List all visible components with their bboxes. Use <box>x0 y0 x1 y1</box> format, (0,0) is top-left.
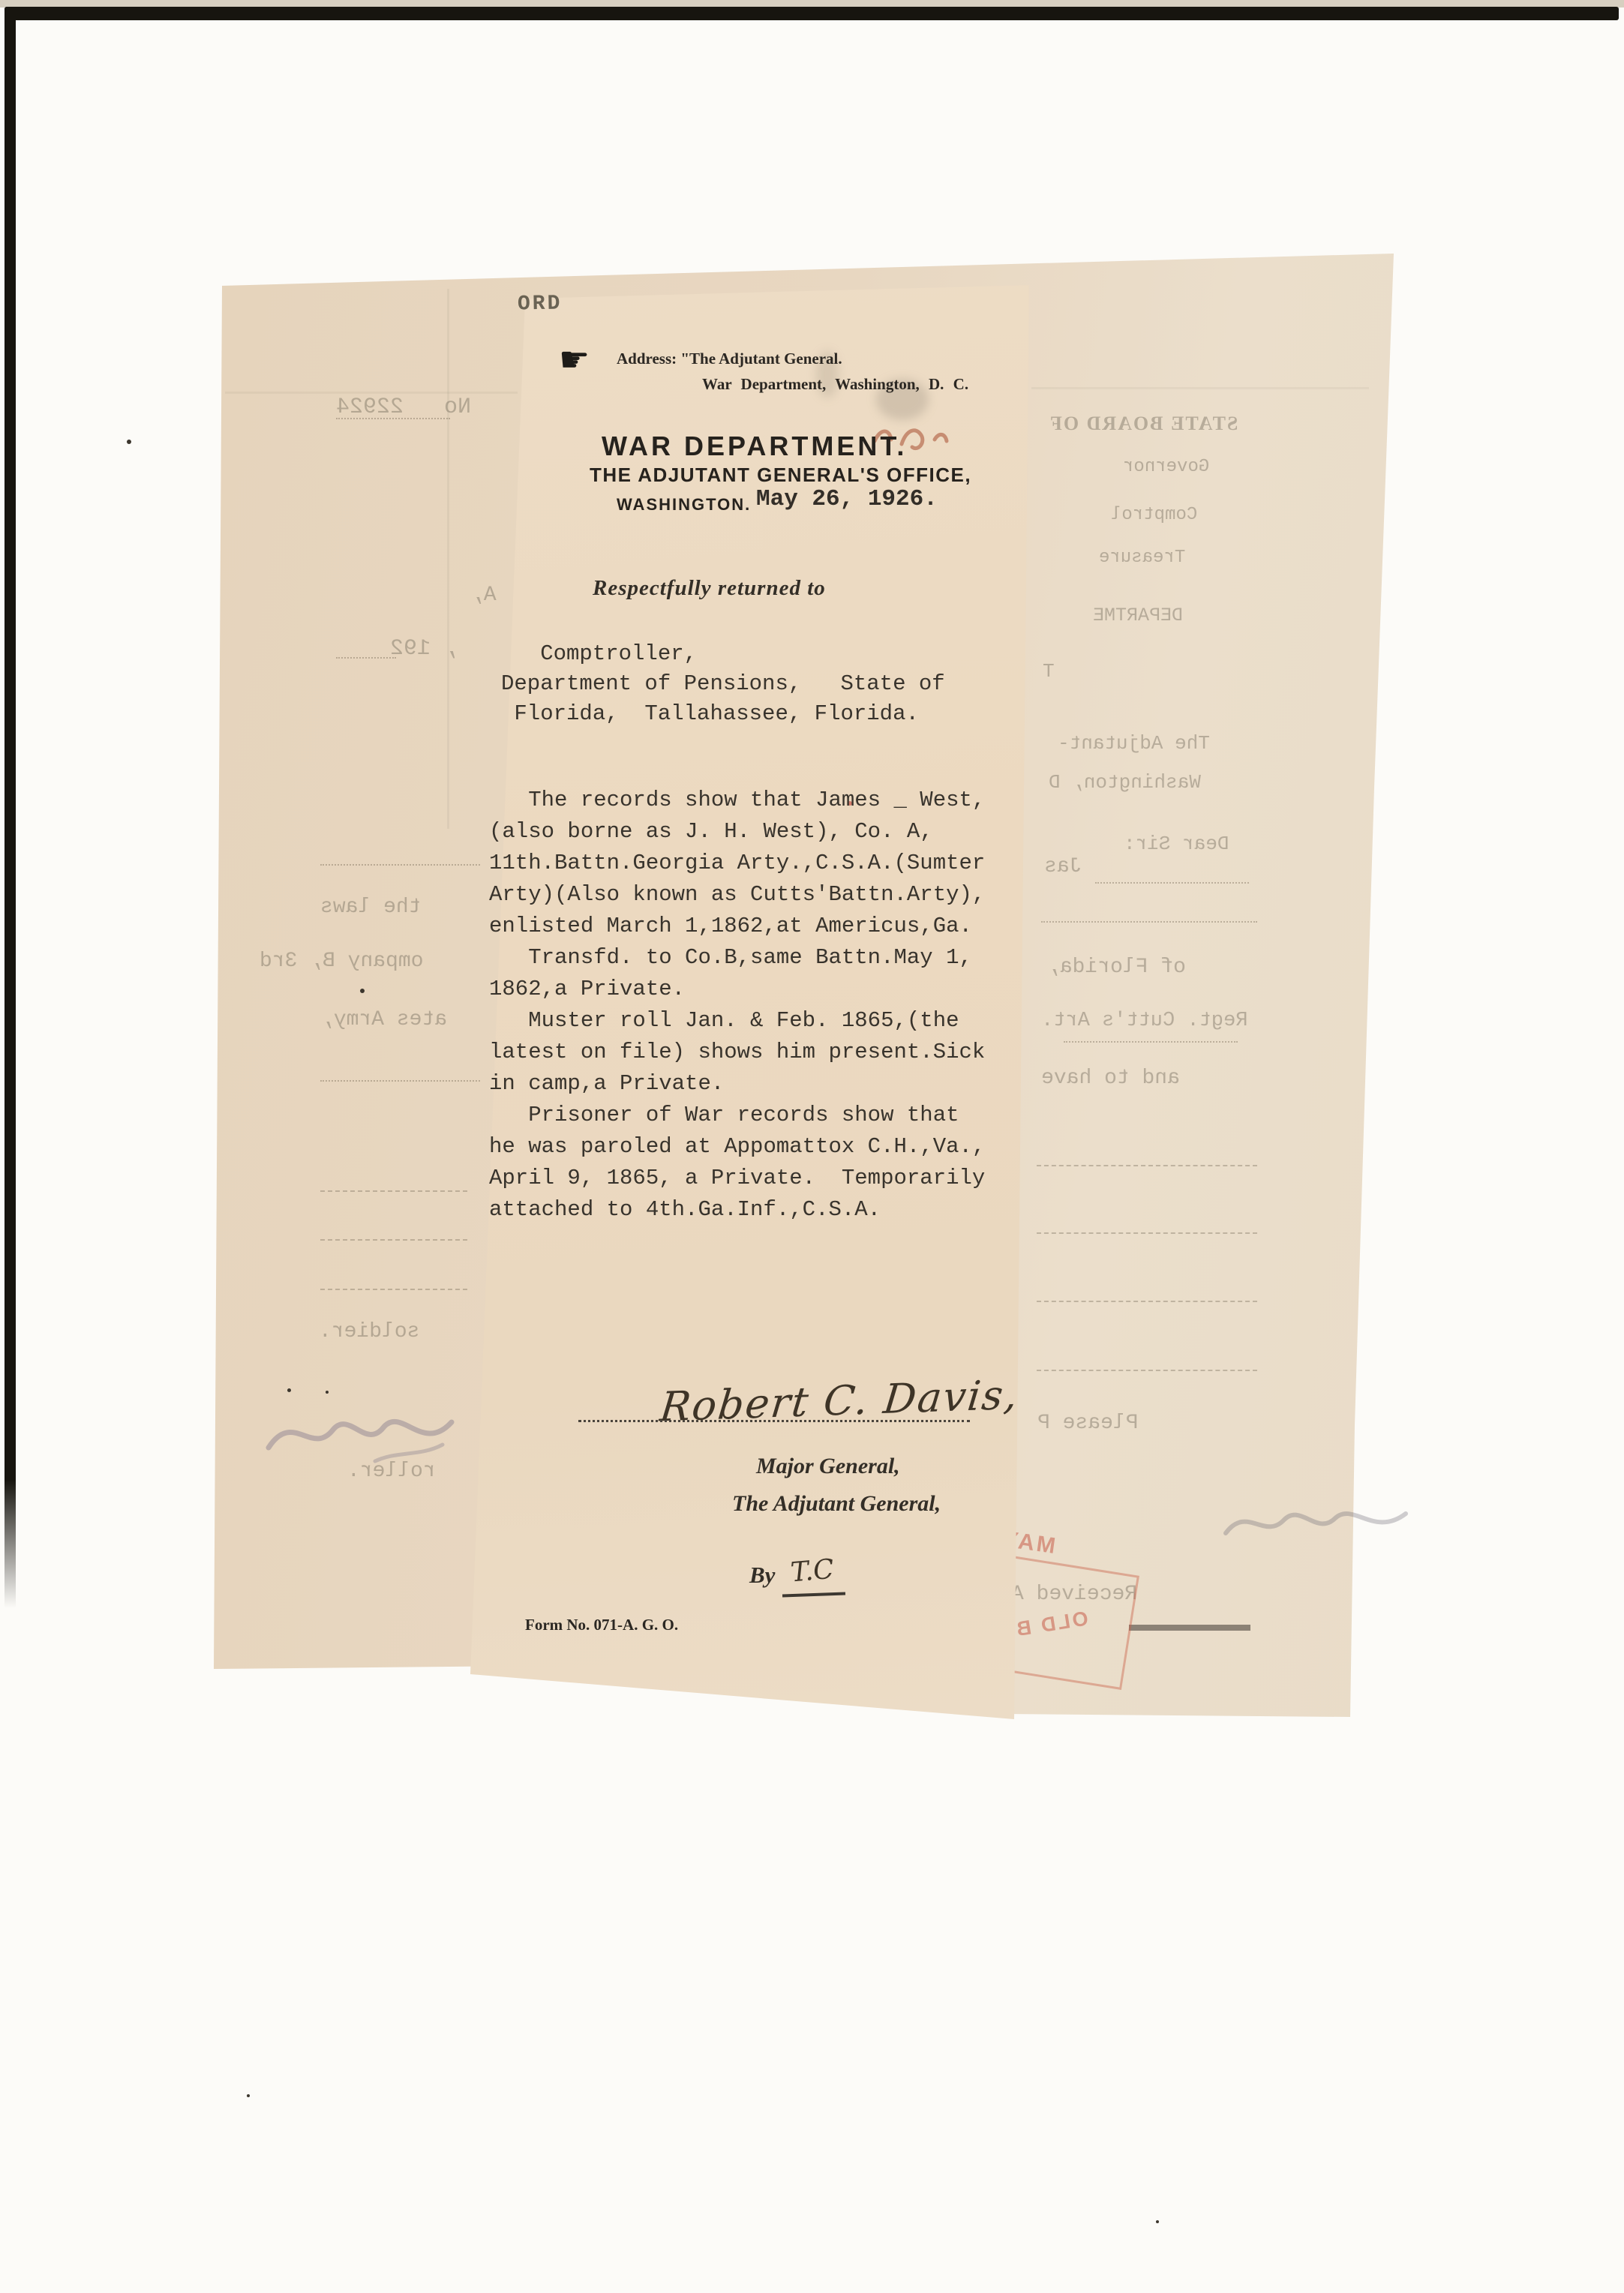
by-initials: T.C <box>789 1554 835 1589</box>
bleed-rule <box>1041 921 1257 923</box>
fold-crease-vertical <box>447 289 449 829</box>
scan-frame-left <box>5 7 16 1608</box>
paper-speck <box>287 1388 291 1392</box>
bleed-text: A, <box>471 584 497 607</box>
bleed-text: the laws <box>320 896 421 919</box>
form-number: Form No. 071-A. G. O. <box>525 1616 678 1634</box>
bleed-rule <box>1037 1301 1257 1302</box>
bleed-text: STATE BOARD OF <box>1049 413 1238 435</box>
bleed-text: Jas <box>1044 855 1082 878</box>
scanned-document-page: No 22924A,, 192the lawsompany B, 3rdates… <box>0 0 1624 2293</box>
bleed-rule <box>320 864 480 866</box>
bleed-rule <box>1037 1165 1257 1166</box>
signature-bleed-right <box>1221 1497 1416 1550</box>
bleed-text: Dear Sir: <box>1124 833 1229 855</box>
paper-speck <box>127 440 131 444</box>
bleed-rule <box>320 1080 480 1082</box>
bleed-text: ompany B, 3rd <box>260 950 423 973</box>
bleed-text: and to have <box>1041 1067 1180 1090</box>
bleed-text: of Florida, <box>1047 956 1186 979</box>
signature-rule <box>578 1420 970 1422</box>
bleed-text: The Adjutant- <box>1058 732 1210 755</box>
bleed-rule <box>1037 1370 1257 1371</box>
bleed-text: soldier. <box>319 1320 419 1343</box>
salutation: Respectfully returned to <box>593 576 826 601</box>
recipient-block: Comptroller, Department of Pensions, Sta… <box>501 639 945 729</box>
address-note-line1: Address: "The Adjutant General. <box>617 350 842 368</box>
bleed-text: Comptrol <box>1111 505 1197 525</box>
by-label: By <box>749 1562 775 1589</box>
bleed-rule <box>320 1289 467 1290</box>
bleed-text: Treasure <box>1099 548 1185 568</box>
fold-crease-horizontal-right <box>1031 387 1369 389</box>
bleed-rule <box>1037 1232 1257 1234</box>
address-note-line2: War Department, Washington, D. C. <box>702 375 968 394</box>
bleed-rule <box>1064 1041 1238 1043</box>
bleed-text: Governor <box>1123 457 1209 477</box>
paper-speck <box>247 2094 250 2097</box>
letterhead-ago-office: THE ADJUTANT GENERAL'S OFFICE, <box>590 464 971 487</box>
bleed-text: , 192 <box>390 636 458 662</box>
signature-title-major-general: Major General, <box>756 1454 900 1479</box>
bleed-text: No 22924 <box>336 395 471 420</box>
bleed-text: T <box>1043 660 1055 683</box>
bleed-text: Regt. Cutt's Art. <box>1041 1010 1247 1032</box>
bleed-rule <box>336 657 396 659</box>
bleed-rule <box>336 418 450 419</box>
scan-frame-top <box>5 7 1619 20</box>
letterhead-washington: WASHINGTON. <box>617 495 751 515</box>
pointing-hand-icon: ☛ <box>559 339 590 380</box>
typed-date: May 26, 1926. <box>756 486 938 512</box>
paper-speck <box>1156 2220 1159 2223</box>
signature-bleed-left <box>263 1401 473 1469</box>
paper-speck <box>360 989 365 993</box>
bleed-rule <box>1129 1625 1250 1631</box>
bleed-rule <box>320 1239 467 1241</box>
paper-speck <box>326 1391 329 1394</box>
bleed-rule <box>320 1190 467 1192</box>
ord-mark: ORD <box>518 292 563 316</box>
signature-title-adjutant-general: The Adjutant General, <box>732 1491 941 1517</box>
bleed-text: Please P <box>1037 1412 1138 1435</box>
letterhead-war-department: WAR DEPARTMENT. <box>602 431 907 462</box>
memo-body: The records show that James _ West, (als… <box>489 785 985 1226</box>
bleed-text: ates Army, <box>321 1008 447 1031</box>
bleed-text: Washington, D <box>1049 771 1201 794</box>
fold-crease-horizontal-left <box>225 392 518 394</box>
bleed-text: DEPARTME <box>1093 605 1183 626</box>
bleed-rule <box>1095 882 1249 884</box>
